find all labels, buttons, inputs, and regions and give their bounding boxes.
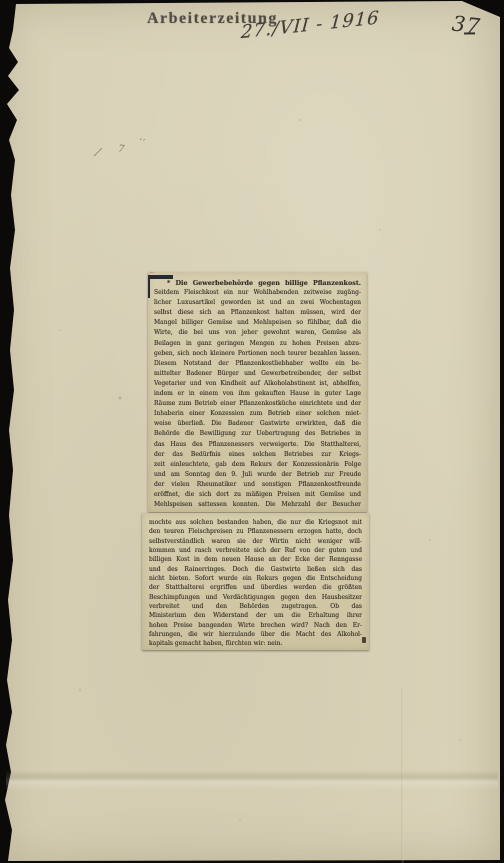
clipping-text-line: das Haus des Pflanzenessers verweigerte.… xyxy=(154,440,361,450)
clipping-text-line: mittelter Badener Bürger und Gewerbetrei… xyxy=(154,369,361,379)
clipping-text-line: Inhaberin einer Konzession zum Betrieb e… xyxy=(154,409,361,419)
clipping-text-line: kommen und rasch verbreitete sich der Ru… xyxy=(149,546,362,555)
pencil-mark: 7 xyxy=(117,144,124,156)
clipping-text-line: fahrungen, die wir hierzulande über die … xyxy=(149,630,362,639)
clipping-text-line: der Statthalterei ergriffen und überdies… xyxy=(149,583,362,592)
archive-page-number-text: 37 xyxy=(451,11,482,38)
clipping-text-line: der das Bedürfnis eines solchen Betriebe… xyxy=(154,450,361,460)
paper-crease-horizontal xyxy=(6,770,498,790)
clipping-text-line: kapitals gemacht haben, fürchten wir: ne… xyxy=(149,639,362,648)
clipping-text-line: * Die Gewerbebehörde gegen billige Pflan… xyxy=(154,278,361,288)
archive-page-number: 37 xyxy=(451,11,482,38)
paper-crease-vertical xyxy=(401,688,404,863)
clipping-text-line: Behörde die Bewilligung zur Uebertragung… xyxy=(154,429,361,439)
clipping-text-line: Mehlspeisen sattessen konnten. Die Mehrz… xyxy=(154,500,361,510)
clipping-text-line: Räume zum Betrieb einer Pflanzenkostküch… xyxy=(154,399,361,409)
clipping-text-line: Beschimpfungen und Verdächtigungen gegen… xyxy=(149,593,362,602)
clipping-text-line: und am Sonntag den 9. Juli wurde der Bet… xyxy=(154,470,361,480)
clipping-text-line: Seitdem Fleischkost ein nur Wohlhabenden… xyxy=(154,288,361,298)
clipping-text-line: Vegetarier und von Kindheit auf Alkohola… xyxy=(154,379,361,389)
clipping-text-line: nicht bieten. Sofort wurde ein Rekurs ge… xyxy=(149,574,362,583)
clipping-text-line: mochte aus solchen bestanden haben, die … xyxy=(149,518,362,527)
clipping-text-line: den teuren Fleischpreisen zu Pflanzeness… xyxy=(149,527,362,536)
clipping-text-line: hohen Preise bangenden Wirte brechen wir… xyxy=(149,621,362,630)
crossed-seven-stroke xyxy=(464,32,475,34)
clipping-text-line: geben, sich noch kleinere Portionen noch… xyxy=(154,349,361,359)
ink-speck xyxy=(362,637,366,643)
clipping-text-line: indem er in einem von ihm gekauften Haus… xyxy=(154,389,361,399)
newspaper-clipping-top: * Die Gewerbebehörde gegen billige Pflan… xyxy=(148,272,367,512)
clipping-text-line: selbst diese sich an Pflanzenkost halten… xyxy=(154,308,361,318)
clipping-text-line: zeit einleuchtete, gab dem Rekurs der Ko… xyxy=(154,460,361,470)
clipping-text-line: billigen Kost in dem neuen Hause an der … xyxy=(149,555,362,564)
clipping-text-line: licher Luxusartikel geworden ist und an … xyxy=(154,298,361,308)
clipping-text-line: Wirte, die bei uns von jeher gewohnt war… xyxy=(154,328,361,338)
newspaper-clipping-bottom: mochte aus solchen bestanden haben, die … xyxy=(142,513,369,650)
clipping-text-line: Mangel billiger Gemüse und Mehlspeisen s… xyxy=(154,318,361,328)
clipping-text-line: eröffnet, die sich dort zu mäßigen Preis… xyxy=(154,490,361,500)
clipping-text-line: Diesem Notstand der Pflanzenkostliebhabe… xyxy=(154,359,361,369)
scan-background: Arbeiterzeitung 27./VII - 1916 37 / 7 ′′… xyxy=(0,0,504,863)
clipping-text-line: Ministerium den Widerstand der um die Er… xyxy=(149,611,362,620)
clipping-text-line: verbreitet und den Behörden zugetragen. … xyxy=(149,602,362,611)
clipping-text-line: selbstverständlich waren sie der Wirtin … xyxy=(149,537,362,546)
clipping-text-line: weise überließ. Die Badener Gastwirte er… xyxy=(154,419,361,429)
clipping-text-line: der vielen Rheumatiker und sonstigen Pfl… xyxy=(154,480,361,490)
clipping-text-line: Beilagen in ganz geringen Mengen zu hohe… xyxy=(154,339,361,349)
clipping-text-line: und des Rainerringes. Doch die Gastwirte… xyxy=(149,565,362,574)
corner-mark-vertical-bar xyxy=(148,275,150,298)
